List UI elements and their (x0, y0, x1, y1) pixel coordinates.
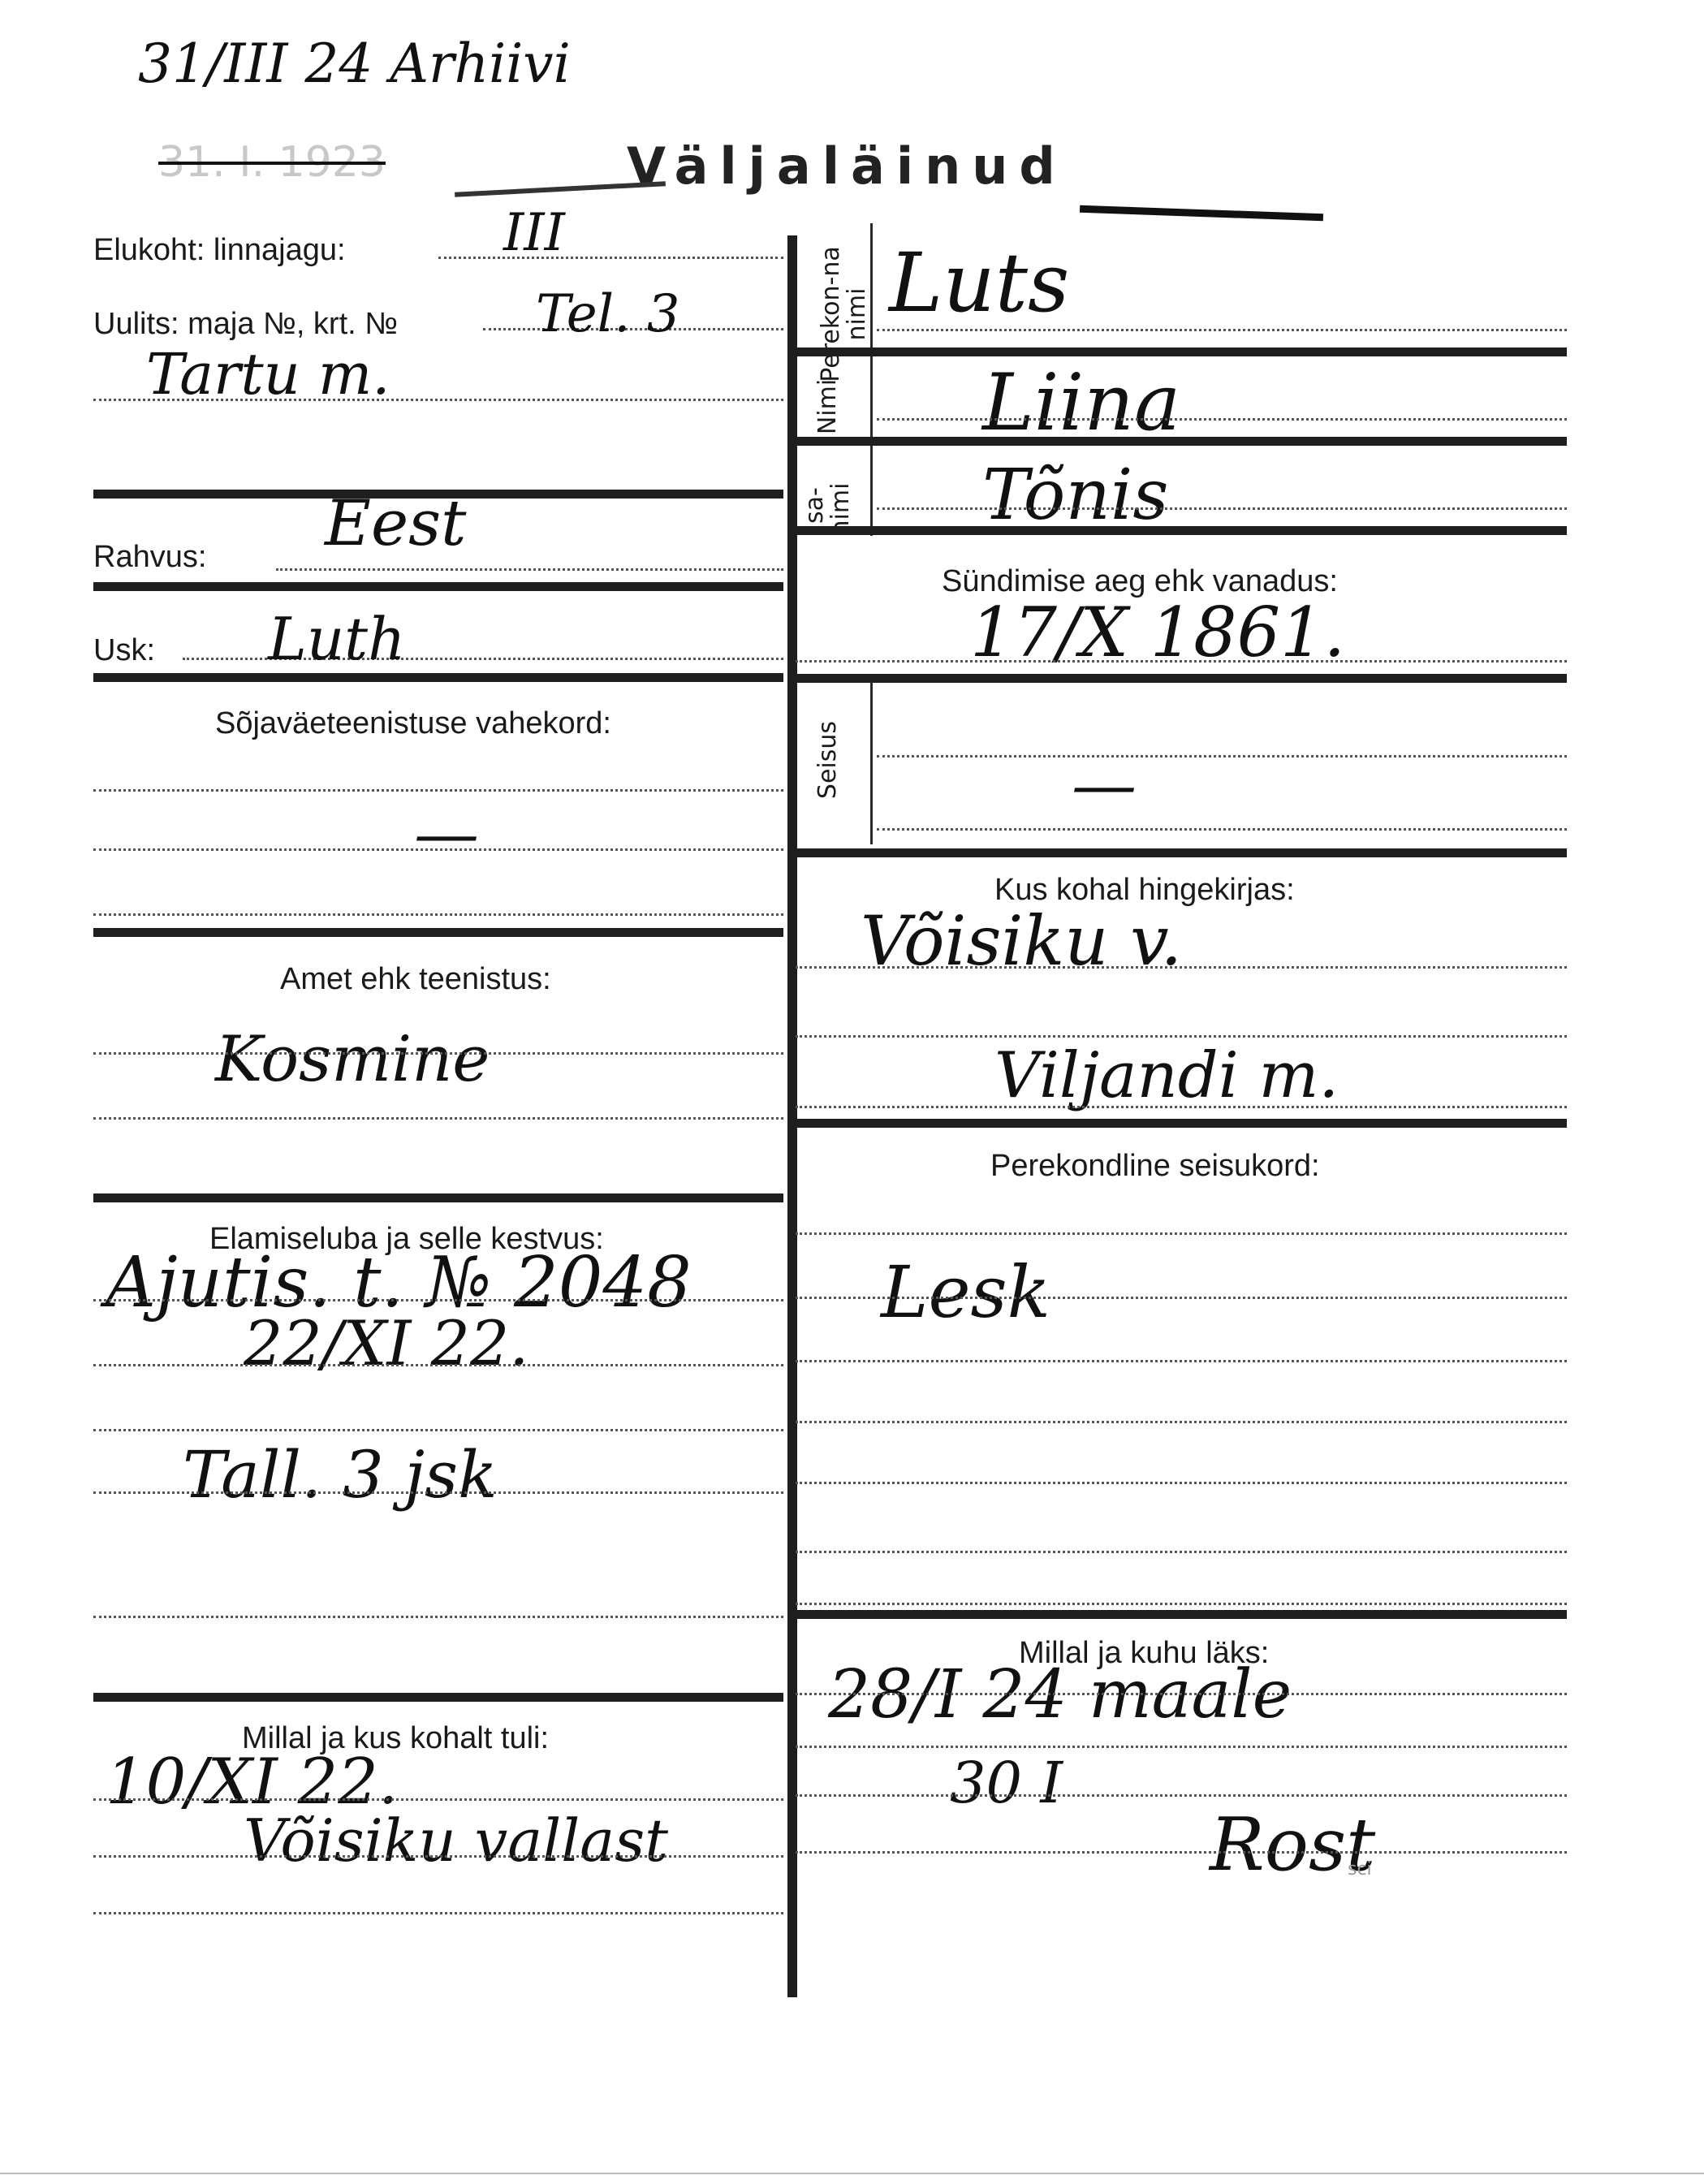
family-line-1 (796, 1232, 1567, 1235)
family-status-value: Lesk (881, 1250, 1050, 1334)
rahvus-line (276, 568, 783, 571)
military-line-3 (93, 913, 783, 916)
military-line-2 (93, 848, 783, 851)
elamiseluba-line-2 (93, 1364, 783, 1366)
column-divider (787, 235, 797, 1997)
section-divider (93, 673, 783, 682)
departure-line-2 (796, 1746, 1567, 1748)
hingekiri-line-1 (796, 966, 1567, 969)
section-divider (796, 1610, 1567, 1619)
section-divider (796, 1119, 1567, 1128)
seisus-column-divider (870, 682, 873, 844)
seisus-value: — (1072, 747, 1137, 822)
uulits-value-1: Tel. 3 (536, 284, 679, 344)
firstname-value: Liina (982, 357, 1180, 448)
seisus-label: Seisus (815, 715, 841, 805)
elamiseluba-line-3 (93, 1429, 783, 1431)
arrival-line-1 (93, 1798, 783, 1801)
seisus-line-2 (877, 828, 1567, 831)
elamiseluba-line-5 (93, 1616, 783, 1618)
family-line-3 (796, 1360, 1567, 1362)
elamiseluba-value-2: 22/XI 22. (244, 1307, 528, 1379)
section-divider (796, 347, 1567, 356)
firstname-line (877, 418, 1567, 421)
section-divider (796, 848, 1567, 857)
section-divider (93, 1193, 783, 1202)
amet-line-2 (93, 1117, 783, 1120)
elamiseluba-line-1 (93, 1299, 783, 1301)
faint-mark: sci (1348, 1859, 1372, 1880)
amet-value: Kosmine (215, 1023, 490, 1096)
header-handwritten-note: 31/III 24 Arhiivi (138, 32, 571, 95)
family-status-label: Perekondline seisukord: (990, 1149, 1320, 1184)
archive-date-stamp: 31. I. 1923 (158, 138, 386, 187)
elamiseluba-line-4 (93, 1491, 783, 1494)
surname-value: Luts (889, 235, 1069, 330)
handwritten-stroke (1080, 205, 1323, 221)
section-divider (93, 928, 783, 937)
birth-line (796, 660, 1567, 663)
arrival-line-3 (93, 1912, 783, 1914)
usk-label: Usk: (93, 633, 155, 668)
hingekiri-line-3 (796, 1106, 1567, 1108)
father-name-line (877, 507, 1567, 510)
departure-line-4 (796, 1851, 1567, 1854)
elamiseluba-value-3: Tall. 3 jsk (183, 1437, 498, 1513)
family-line-2 (796, 1297, 1567, 1299)
page-bottom-edge (0, 2173, 1704, 2174)
usk-value: Luth (268, 605, 406, 673)
departure-line-1 (796, 1693, 1567, 1695)
military-line-1 (93, 789, 783, 792)
seisus-line-1 (877, 755, 1567, 757)
uulits-label: Uulits: maja №, krt. № (93, 307, 398, 342)
section-divider (93, 582, 783, 591)
elukoht-line (438, 257, 783, 259)
father-name-value: Tõnis (982, 455, 1169, 536)
section-divider (93, 1693, 783, 1702)
rahvus-value: Eest (325, 487, 466, 560)
section-divider (796, 526, 1567, 535)
hingekiri-line-2 (796, 1035, 1567, 1038)
amet-label: Amet ehk teenistus: (280, 962, 551, 997)
rahvus-label: Rahvus: (93, 540, 206, 575)
section-divider (796, 437, 1567, 446)
arrival-line-2 (93, 1855, 783, 1858)
family-line-4 (796, 1421, 1567, 1423)
arrival-value-2: Võisiku vallast (244, 1806, 668, 1875)
hingekiri-value-1: Võisiku v. (861, 901, 1182, 981)
departure-value-2: 30 I (950, 1750, 1063, 1816)
family-line-6 (796, 1551, 1567, 1553)
military-value: — (414, 796, 479, 871)
amet-line-1 (93, 1052, 783, 1055)
section-divider (796, 674, 1567, 683)
elukoht-value: III (503, 203, 565, 263)
uulits-value-2: Tartu m. (146, 341, 390, 408)
page-title: Väljaläinud (627, 136, 1067, 196)
departure-line-3 (796, 1794, 1567, 1797)
elukoht-label: Elukoht: linnajagu: (93, 233, 346, 268)
military-label: Sõjaväeteenistuse vahekord: (215, 706, 611, 741)
hingekiri-value-2: Viljandi m. (994, 1039, 1339, 1112)
family-line-5 (796, 1482, 1567, 1484)
surname-line (877, 329, 1567, 331)
family-line-7 (796, 1603, 1567, 1605)
uulits-line-2 (93, 399, 783, 401)
label-column-divider (870, 223, 873, 536)
